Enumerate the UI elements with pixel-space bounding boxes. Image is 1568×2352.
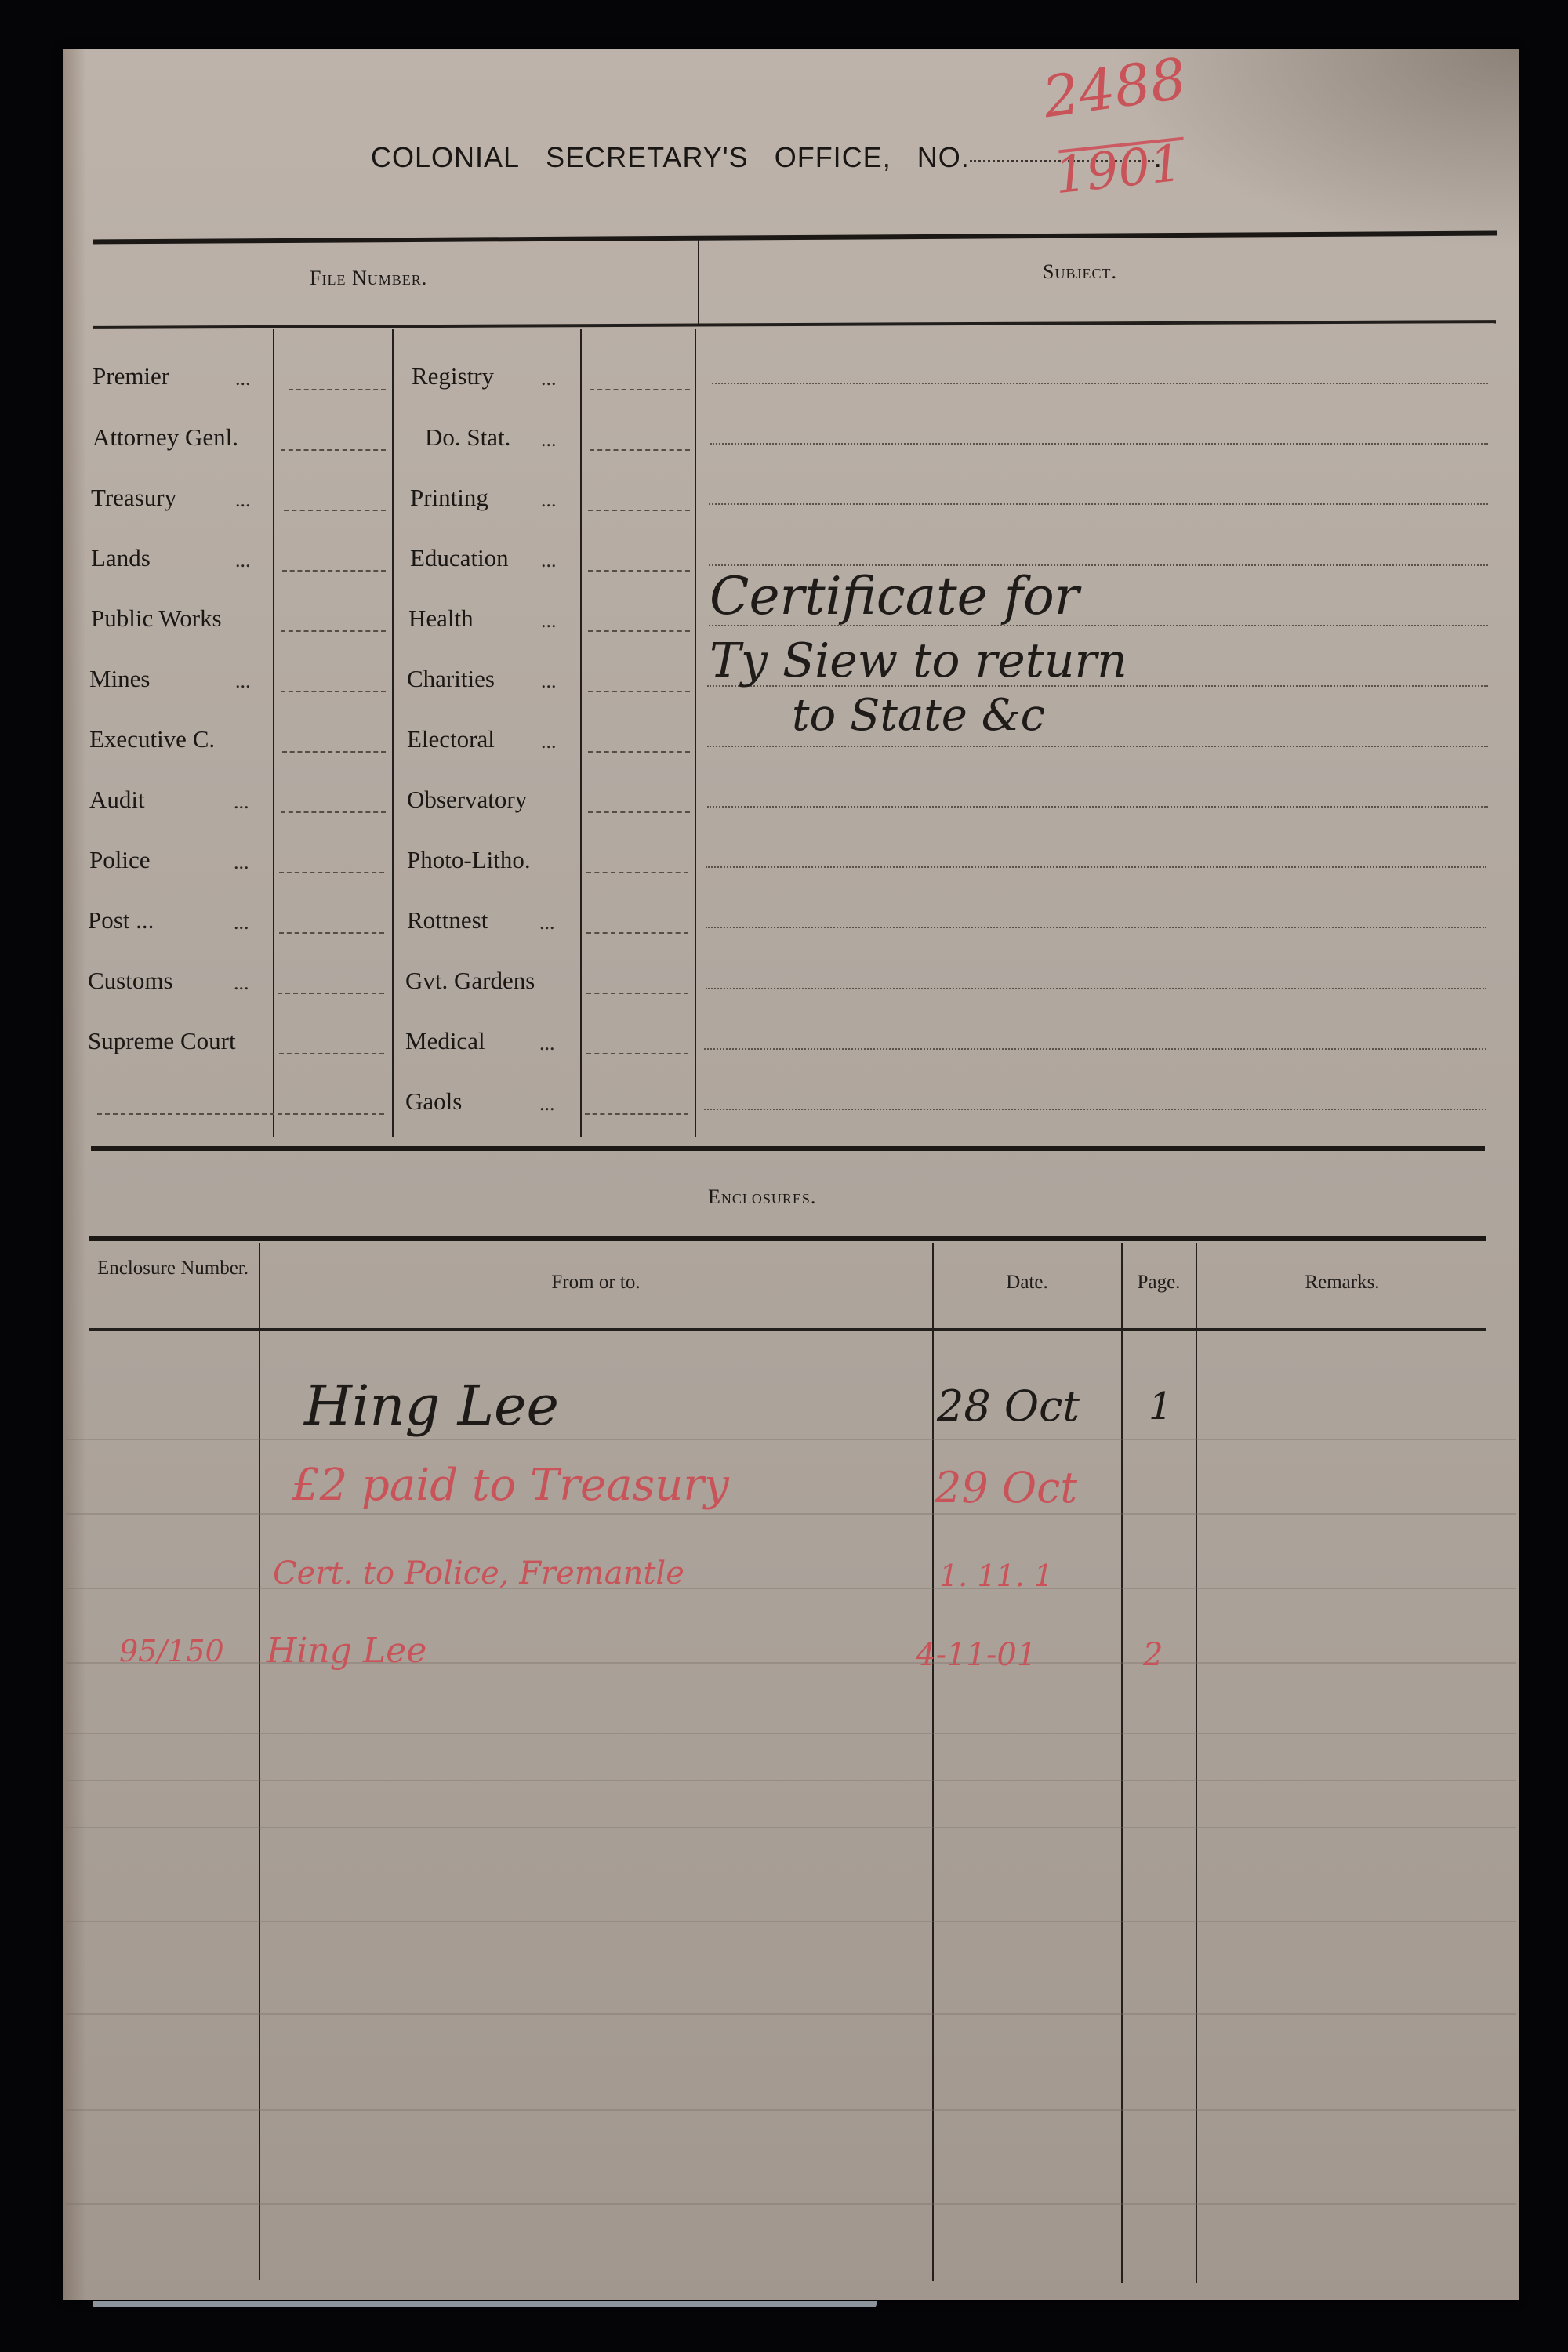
dept-label: Do. Stat. bbox=[425, 423, 510, 452]
ruled-line bbox=[66, 1513, 1516, 1515]
ruled-line bbox=[66, 2109, 1516, 2111]
ruled-line bbox=[66, 1439, 1516, 1440]
ruled-line bbox=[66, 2203, 1516, 2205]
subject-line bbox=[712, 383, 1488, 384]
subject-line bbox=[707, 746, 1488, 747]
enclosure-number: 95/150 bbox=[119, 1634, 224, 1668]
enclosure-page: 2 bbox=[1143, 1637, 1163, 1673]
dept-label: Electoral bbox=[407, 725, 495, 753]
ruled-line bbox=[66, 1921, 1516, 1922]
file-number-heading: File Number. bbox=[310, 267, 427, 290]
file-number-field[interactable] bbox=[281, 811, 386, 813]
file-number-field[interactable] bbox=[282, 570, 386, 572]
column-divider-subject bbox=[695, 329, 696, 1137]
ruled-line bbox=[66, 1827, 1516, 1828]
dept-ellipsis: ... bbox=[235, 549, 251, 572]
enclosure-from-to: Hing Lee bbox=[304, 1374, 559, 1438]
header-divider bbox=[698, 240, 699, 326]
enc-column-divider-3 bbox=[1121, 1243, 1123, 2283]
enclosure-date: 1. 11. 1 bbox=[939, 1559, 1053, 1593]
dept-label: Printing bbox=[410, 484, 488, 512]
column-header-enclosure-number: Enclosure Number. bbox=[93, 1258, 253, 1279]
enc-column-divider-4 bbox=[1196, 1243, 1197, 2283]
dept-label: Treasury bbox=[91, 484, 176, 512]
ruled-line bbox=[66, 1733, 1516, 1734]
file-number-field[interactable] bbox=[586, 932, 688, 934]
file-number-field[interactable] bbox=[585, 1113, 688, 1115]
dept-label: Police bbox=[89, 846, 151, 874]
file-number-field[interactable] bbox=[282, 751, 386, 753]
dept-label: Executive C. bbox=[89, 725, 215, 753]
dept-label: Attorney Genl. bbox=[93, 423, 238, 452]
dept-label: Photo-Litho. bbox=[407, 846, 531, 874]
enclosure-date: 4-11-01 bbox=[916, 1637, 1036, 1673]
dept-label: Supreme Court bbox=[88, 1027, 236, 1055]
dept-label: Observatory bbox=[407, 786, 527, 814]
ruled-line bbox=[66, 1780, 1516, 1781]
mid-thick-rule bbox=[91, 1146, 1485, 1151]
dept-ellipsis: ... bbox=[235, 367, 251, 390]
column-divider-2 bbox=[392, 329, 394, 1137]
file-number-field[interactable] bbox=[586, 872, 688, 873]
file-number-field[interactable] bbox=[590, 389, 690, 390]
dept-ellipsis: ... bbox=[235, 670, 251, 693]
enclosures-header-bottom-rule bbox=[89, 1328, 1486, 1331]
dept-ellipsis: ... bbox=[539, 911, 555, 935]
file-number-field[interactable] bbox=[279, 872, 384, 873]
title-word-no: NO. bbox=[917, 141, 970, 173]
enclosure-page: 1 bbox=[1149, 1385, 1173, 1428]
dept-ellipsis: ... bbox=[235, 488, 251, 512]
column-header-date: Date. bbox=[935, 1272, 1120, 1294]
file-number-field[interactable] bbox=[590, 449, 690, 451]
office-title: COLONIAL SECRETARY'S OFFICE, NO.. bbox=[371, 141, 1163, 174]
enclosure-date: 28 Oct bbox=[937, 1381, 1080, 1431]
file-number-field[interactable] bbox=[281, 449, 386, 451]
file-number-field[interactable] bbox=[279, 1053, 384, 1054]
file-number-field[interactable] bbox=[588, 510, 690, 511]
dept-label: Mines bbox=[89, 665, 151, 693]
dept-ellipsis: ... bbox=[541, 609, 557, 633]
dept-ellipsis: ... bbox=[541, 488, 557, 512]
column-header-from-or-to: From or to. bbox=[260, 1272, 931, 1294]
subject-line bbox=[704, 1109, 1486, 1110]
dept-label: Education bbox=[410, 544, 509, 572]
dept-label: Public Works bbox=[91, 604, 222, 633]
file-number-field[interactable] bbox=[588, 570, 690, 572]
dept-ellipsis: ... bbox=[541, 730, 557, 753]
dept-label: Charities bbox=[407, 665, 495, 693]
dept-ellipsis: ... bbox=[541, 428, 557, 452]
file-number-field[interactable] bbox=[588, 630, 690, 632]
column-divider-3 bbox=[580, 329, 582, 1137]
dept-label: Gaols bbox=[405, 1087, 462, 1116]
subject-handwritten-line: to State &c bbox=[792, 690, 1045, 741]
subject-handwritten-line: Certificate for bbox=[710, 566, 1079, 626]
dept-label: Medical bbox=[405, 1027, 485, 1055]
subject-line bbox=[706, 927, 1486, 928]
file-number-field[interactable] bbox=[586, 1053, 688, 1054]
dept-label: Health bbox=[408, 604, 474, 633]
column-header-remarks: Remarks. bbox=[1197, 1272, 1487, 1294]
file-number-field[interactable] bbox=[588, 691, 690, 692]
enc-column-divider-2 bbox=[932, 1243, 934, 2281]
dept-label: Gvt. Gardens bbox=[405, 967, 535, 995]
enclosure-from-to: £2 paid to Treasury bbox=[292, 1460, 729, 1511]
dept-ellipsis: ... bbox=[234, 851, 249, 874]
subject-line bbox=[709, 503, 1488, 505]
title-word-colonial: COLONIAL bbox=[371, 141, 520, 173]
dept-ellipsis: ... bbox=[541, 670, 557, 693]
subject-heading: Subject. bbox=[1043, 260, 1117, 284]
dept-ellipsis: ... bbox=[234, 790, 249, 814]
dept-label: Post ... bbox=[88, 906, 154, 935]
dept-ellipsis: ... bbox=[541, 549, 557, 572]
column-divider-1 bbox=[273, 329, 274, 1137]
enc-column-divider-1 bbox=[259, 1243, 260, 2280]
subject-handwritten-line: Ty Siew to return bbox=[710, 633, 1127, 688]
enclosures-heading: Enclosures. bbox=[708, 1185, 816, 1209]
file-number-field[interactable] bbox=[279, 932, 384, 934]
subject-line bbox=[704, 1048, 1486, 1050]
column-header-page: Page. bbox=[1123, 1272, 1195, 1294]
dept-label: Lands bbox=[91, 544, 151, 572]
subject-line bbox=[706, 988, 1486, 989]
enclosure-date: 29 Oct bbox=[935, 1463, 1077, 1512]
dept-ellipsis: ... bbox=[234, 911, 249, 935]
dept-ellipsis: ... bbox=[539, 1032, 555, 1055]
subject-line bbox=[706, 866, 1486, 868]
file-number-field[interactable] bbox=[289, 389, 386, 390]
dept-label: Audit bbox=[89, 786, 145, 814]
dept-ellipsis: ... bbox=[234, 971, 249, 995]
dept-ellipsis: ... bbox=[539, 1092, 555, 1116]
file-number-field[interactable] bbox=[278, 993, 384, 994]
file-number-field[interactable] bbox=[588, 751, 690, 753]
dept-label: Customs bbox=[88, 967, 173, 995]
ruled-line bbox=[66, 2013, 1516, 2015]
enclosure-from-to: Hing Lee bbox=[267, 1631, 426, 1671]
file-number-field-blank-dept[interactable] bbox=[97, 1113, 384, 1115]
file-number-field[interactable] bbox=[284, 510, 386, 511]
title-word-secretarys: SECRETARY'S bbox=[546, 141, 749, 173]
file-number-field[interactable] bbox=[281, 691, 386, 692]
dept-label: Rottnest bbox=[407, 906, 488, 935]
file-number-field[interactable] bbox=[586, 993, 688, 994]
subject-line bbox=[707, 806, 1488, 808]
dept-label: Premier bbox=[93, 362, 169, 390]
file-number-field[interactable] bbox=[281, 630, 386, 632]
enclosures-top-rule bbox=[89, 1236, 1486, 1241]
title-word-office: OFFICE, bbox=[775, 141, 891, 173]
dept-ellipsis: ... bbox=[541, 367, 557, 390]
file-number-field[interactable] bbox=[588, 811, 690, 813]
file-cover-sheet bbox=[63, 49, 1519, 2300]
subject-line bbox=[710, 443, 1488, 445]
underlying-sheet-edge bbox=[93, 2301, 877, 2307]
enclosure-from-to: Cert. to Police, Fremantle bbox=[273, 1555, 684, 1592]
dept-label: Registry bbox=[412, 362, 494, 390]
